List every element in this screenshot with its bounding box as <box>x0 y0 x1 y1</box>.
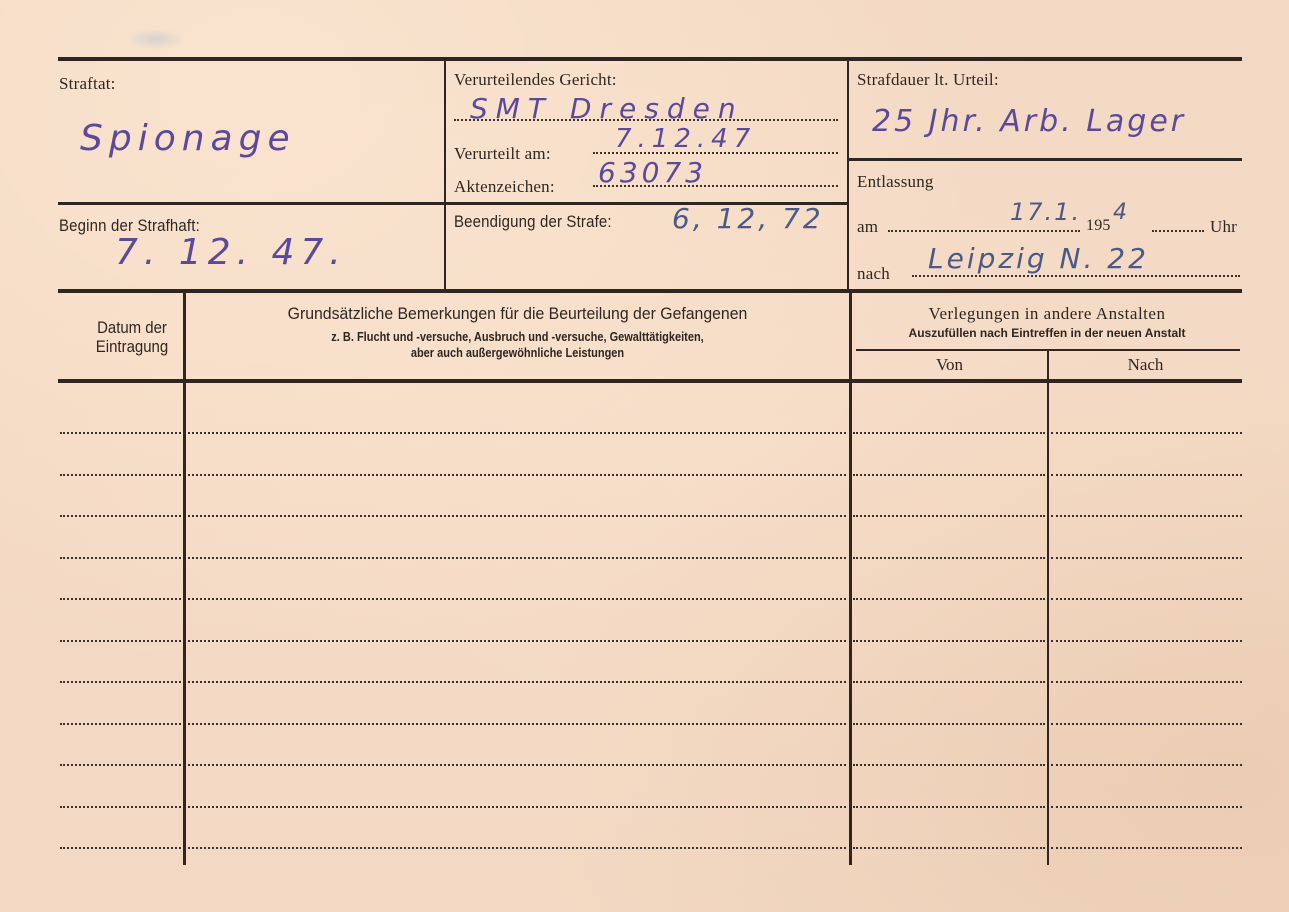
table-cell-bemerkung[interactable] <box>188 768 846 806</box>
entlassung-am-value[interactable]: 17.1. <box>1010 198 1081 226</box>
table-cell-nach[interactable] <box>1051 643 1242 681</box>
table-cell-von[interactable] <box>853 477 1045 515</box>
verurteilt-am-line <box>593 152 838 154</box>
table-cell-datum[interactable] <box>60 768 181 806</box>
aktenzeichen-label: Aktenzeichen: <box>454 177 555 197</box>
table-row-line <box>853 515 1045 517</box>
table-cell-von[interactable] <box>853 726 1045 764</box>
table-row-line <box>188 847 846 849</box>
table-row-line <box>188 806 846 808</box>
table-cell-von[interactable] <box>853 394 1045 432</box>
table-row-line <box>60 723 181 725</box>
strafdauer-value[interactable]: 25 Jhr. Arb. Lager <box>872 104 1186 139</box>
straftat-label: Straftat: <box>59 74 116 94</box>
col-bemerkungen-sub1: z. B. Flucht und -versuche, Ausbruch und… <box>226 330 809 344</box>
table-cell-von[interactable] <box>853 560 1045 598</box>
table-row-line <box>1051 640 1242 642</box>
entlassung-nach-label: nach <box>857 264 890 284</box>
entlassung-label: Entlassung <box>857 172 934 192</box>
table-row-line <box>188 723 846 725</box>
table-cell-von[interactable] <box>853 643 1045 681</box>
table-cell-nach[interactable] <box>1051 602 1242 640</box>
table-cell-bemerkung[interactable] <box>188 602 846 640</box>
table-cell-datum[interactable] <box>60 477 181 515</box>
table-row-line <box>1051 723 1242 725</box>
entlassung-uhr-line <box>1152 230 1204 232</box>
col-verlegungen-title: Verlegungen in andere Anstalten <box>852 304 1242 324</box>
table-cell-datum[interactable] <box>60 436 181 474</box>
table-row-line <box>1051 598 1242 600</box>
table-row-line <box>60 557 181 559</box>
table-row-line <box>1051 557 1242 559</box>
table-row-line <box>1051 474 1242 476</box>
col-von-header: Von <box>852 355 1047 375</box>
table-cell-bemerkung[interactable] <box>188 394 846 432</box>
table-row-line <box>853 723 1045 725</box>
table-row-line <box>60 847 181 849</box>
table-row-line <box>1051 681 1242 683</box>
table-row-line <box>1051 764 1242 766</box>
divider-top-1 <box>444 61 446 290</box>
entlassung-am-line <box>888 230 1080 232</box>
col-bemerkungen-sub2: aber auch außergewöhnliche Leistungen <box>226 346 809 360</box>
table-cell-datum[interactable] <box>60 726 181 764</box>
entlassung-uhr-label: Uhr <box>1210 217 1237 237</box>
table-row-line <box>1051 847 1242 849</box>
aktenzeichen-line <box>593 185 838 187</box>
table-cell-datum[interactable] <box>60 602 181 640</box>
table-cell-nach[interactable] <box>1051 768 1242 806</box>
entlassung-year-prefix: 195 <box>1086 217 1111 235</box>
table-cell-von[interactable] <box>853 809 1045 847</box>
entlassung-year-suffix[interactable]: 4 <box>1113 200 1131 225</box>
table-row-line <box>188 515 846 517</box>
table-row-line <box>853 847 1045 849</box>
gericht-label: Verurteilendes Gericht: <box>454 70 617 90</box>
table-cell-von[interactable] <box>853 602 1045 640</box>
col-bemerkungen-title: Grundsätzliche Bemerkungen für die Beurt… <box>209 304 826 324</box>
table-row-line <box>60 515 181 517</box>
beginn-value[interactable]: 7. 12. 47. <box>115 232 347 273</box>
table-row-line <box>188 640 846 642</box>
table-row-line <box>853 806 1045 808</box>
gericht-line <box>454 119 838 121</box>
beendigung-value[interactable]: 6, 12, 72 <box>672 202 824 235</box>
verurteilt-am-value[interactable]: 7.12.47 <box>615 124 756 154</box>
table-row-line <box>1051 515 1242 517</box>
col-bemerkungen-header: Grundsätzliche Bemerkungen für die Beurt… <box>186 304 849 360</box>
entlassung-am-label: am <box>857 217 878 237</box>
entlassung-nach-value[interactable]: Leipzig N. 22 <box>928 242 1149 275</box>
table-cell-datum[interactable] <box>60 809 181 847</box>
top-border <box>58 57 1242 61</box>
table-cell-datum[interactable] <box>60 519 181 557</box>
table-cell-von[interactable] <box>853 436 1045 474</box>
table-cell-datum[interactable] <box>60 394 181 432</box>
table-cell-bemerkung[interactable] <box>188 643 846 681</box>
table-cell-nach[interactable] <box>1051 726 1242 764</box>
table-cell-nach[interactable] <box>1051 809 1242 847</box>
divider-strafdauer-entlassung <box>849 158 1242 161</box>
table-row-line <box>60 474 181 476</box>
table-row-line <box>853 681 1045 683</box>
table-cell-bemerkung[interactable] <box>188 726 846 764</box>
table-cell-von[interactable] <box>853 519 1045 557</box>
col-datum-line2: Eintragung <box>70 337 193 356</box>
table-cell-nach[interactable] <box>1051 685 1242 723</box>
table-cell-bemerkung[interactable] <box>188 560 846 598</box>
table-row-line <box>853 640 1045 642</box>
table-cell-nach[interactable] <box>1051 519 1242 557</box>
table-row-line <box>60 806 181 808</box>
table-row-line <box>188 598 846 600</box>
col-verlegungen-sub: Auszufüllen nach Eintreffen in der neuen… <box>852 326 1242 340</box>
entlassung-nach-line <box>912 275 1240 277</box>
table-divider-von-nach <box>1047 350 1049 865</box>
table-cell-bemerkung[interactable] <box>188 809 846 847</box>
table-cell-nach[interactable] <box>1051 394 1242 432</box>
table-cell-datum[interactable] <box>60 560 181 598</box>
table-row-line <box>60 681 181 683</box>
table-row-line <box>60 598 181 600</box>
table-cell-bemerkung[interactable] <box>188 519 846 557</box>
table-cell-bemerkung[interactable] <box>188 477 846 515</box>
table-row-line <box>188 474 846 476</box>
table-row-line <box>188 681 846 683</box>
table-header-bottom-border <box>58 379 1242 383</box>
table-row-line <box>188 764 846 766</box>
table-row-line <box>188 557 846 559</box>
col-nach-header: Nach <box>1049 355 1242 375</box>
table-cell-datum[interactable] <box>60 685 181 723</box>
table-row-line <box>853 474 1045 476</box>
straftat-value[interactable]: Spionage <box>80 118 296 159</box>
col-datum-header: Datum der Eintragung <box>70 318 193 356</box>
table-row-line <box>853 764 1045 766</box>
verlegungen-sub-divider <box>856 349 1240 351</box>
table-cell-nach[interactable] <box>1051 560 1242 598</box>
col-datum-line1: Datum der <box>70 318 193 337</box>
table-row-line <box>188 432 846 434</box>
divider-top-2 <box>847 61 849 290</box>
table-row-line <box>853 557 1045 559</box>
beendigung-label: Beendigung der Strafe: <box>454 212 612 232</box>
table-row-line <box>60 764 181 766</box>
table-cell-von[interactable] <box>853 768 1045 806</box>
table-row-line <box>60 640 181 642</box>
col-verlegungen-header: Verlegungen in andere Anstalten Auszufül… <box>852 304 1242 340</box>
table-cell-nach[interactable] <box>1051 477 1242 515</box>
table-cell-bemerkung[interactable] <box>188 685 846 723</box>
strafdauer-label: Strafdauer lt. Urteil: <box>857 70 999 90</box>
table-row-line <box>853 598 1045 600</box>
table-row-line <box>853 432 1045 434</box>
table-cell-nach[interactable] <box>1051 436 1242 474</box>
table-row-line <box>60 432 181 434</box>
paper-stain <box>125 28 185 50</box>
table-cell-von[interactable] <box>853 685 1045 723</box>
table-row-line <box>1051 806 1242 808</box>
table-cell-bemerkung[interactable] <box>188 436 846 474</box>
table-top-border <box>58 289 1242 293</box>
verurteilt-am-label: Verurteilt am: <box>454 144 551 164</box>
table-cell-datum[interactable] <box>60 643 181 681</box>
table-row-line <box>1051 432 1242 434</box>
